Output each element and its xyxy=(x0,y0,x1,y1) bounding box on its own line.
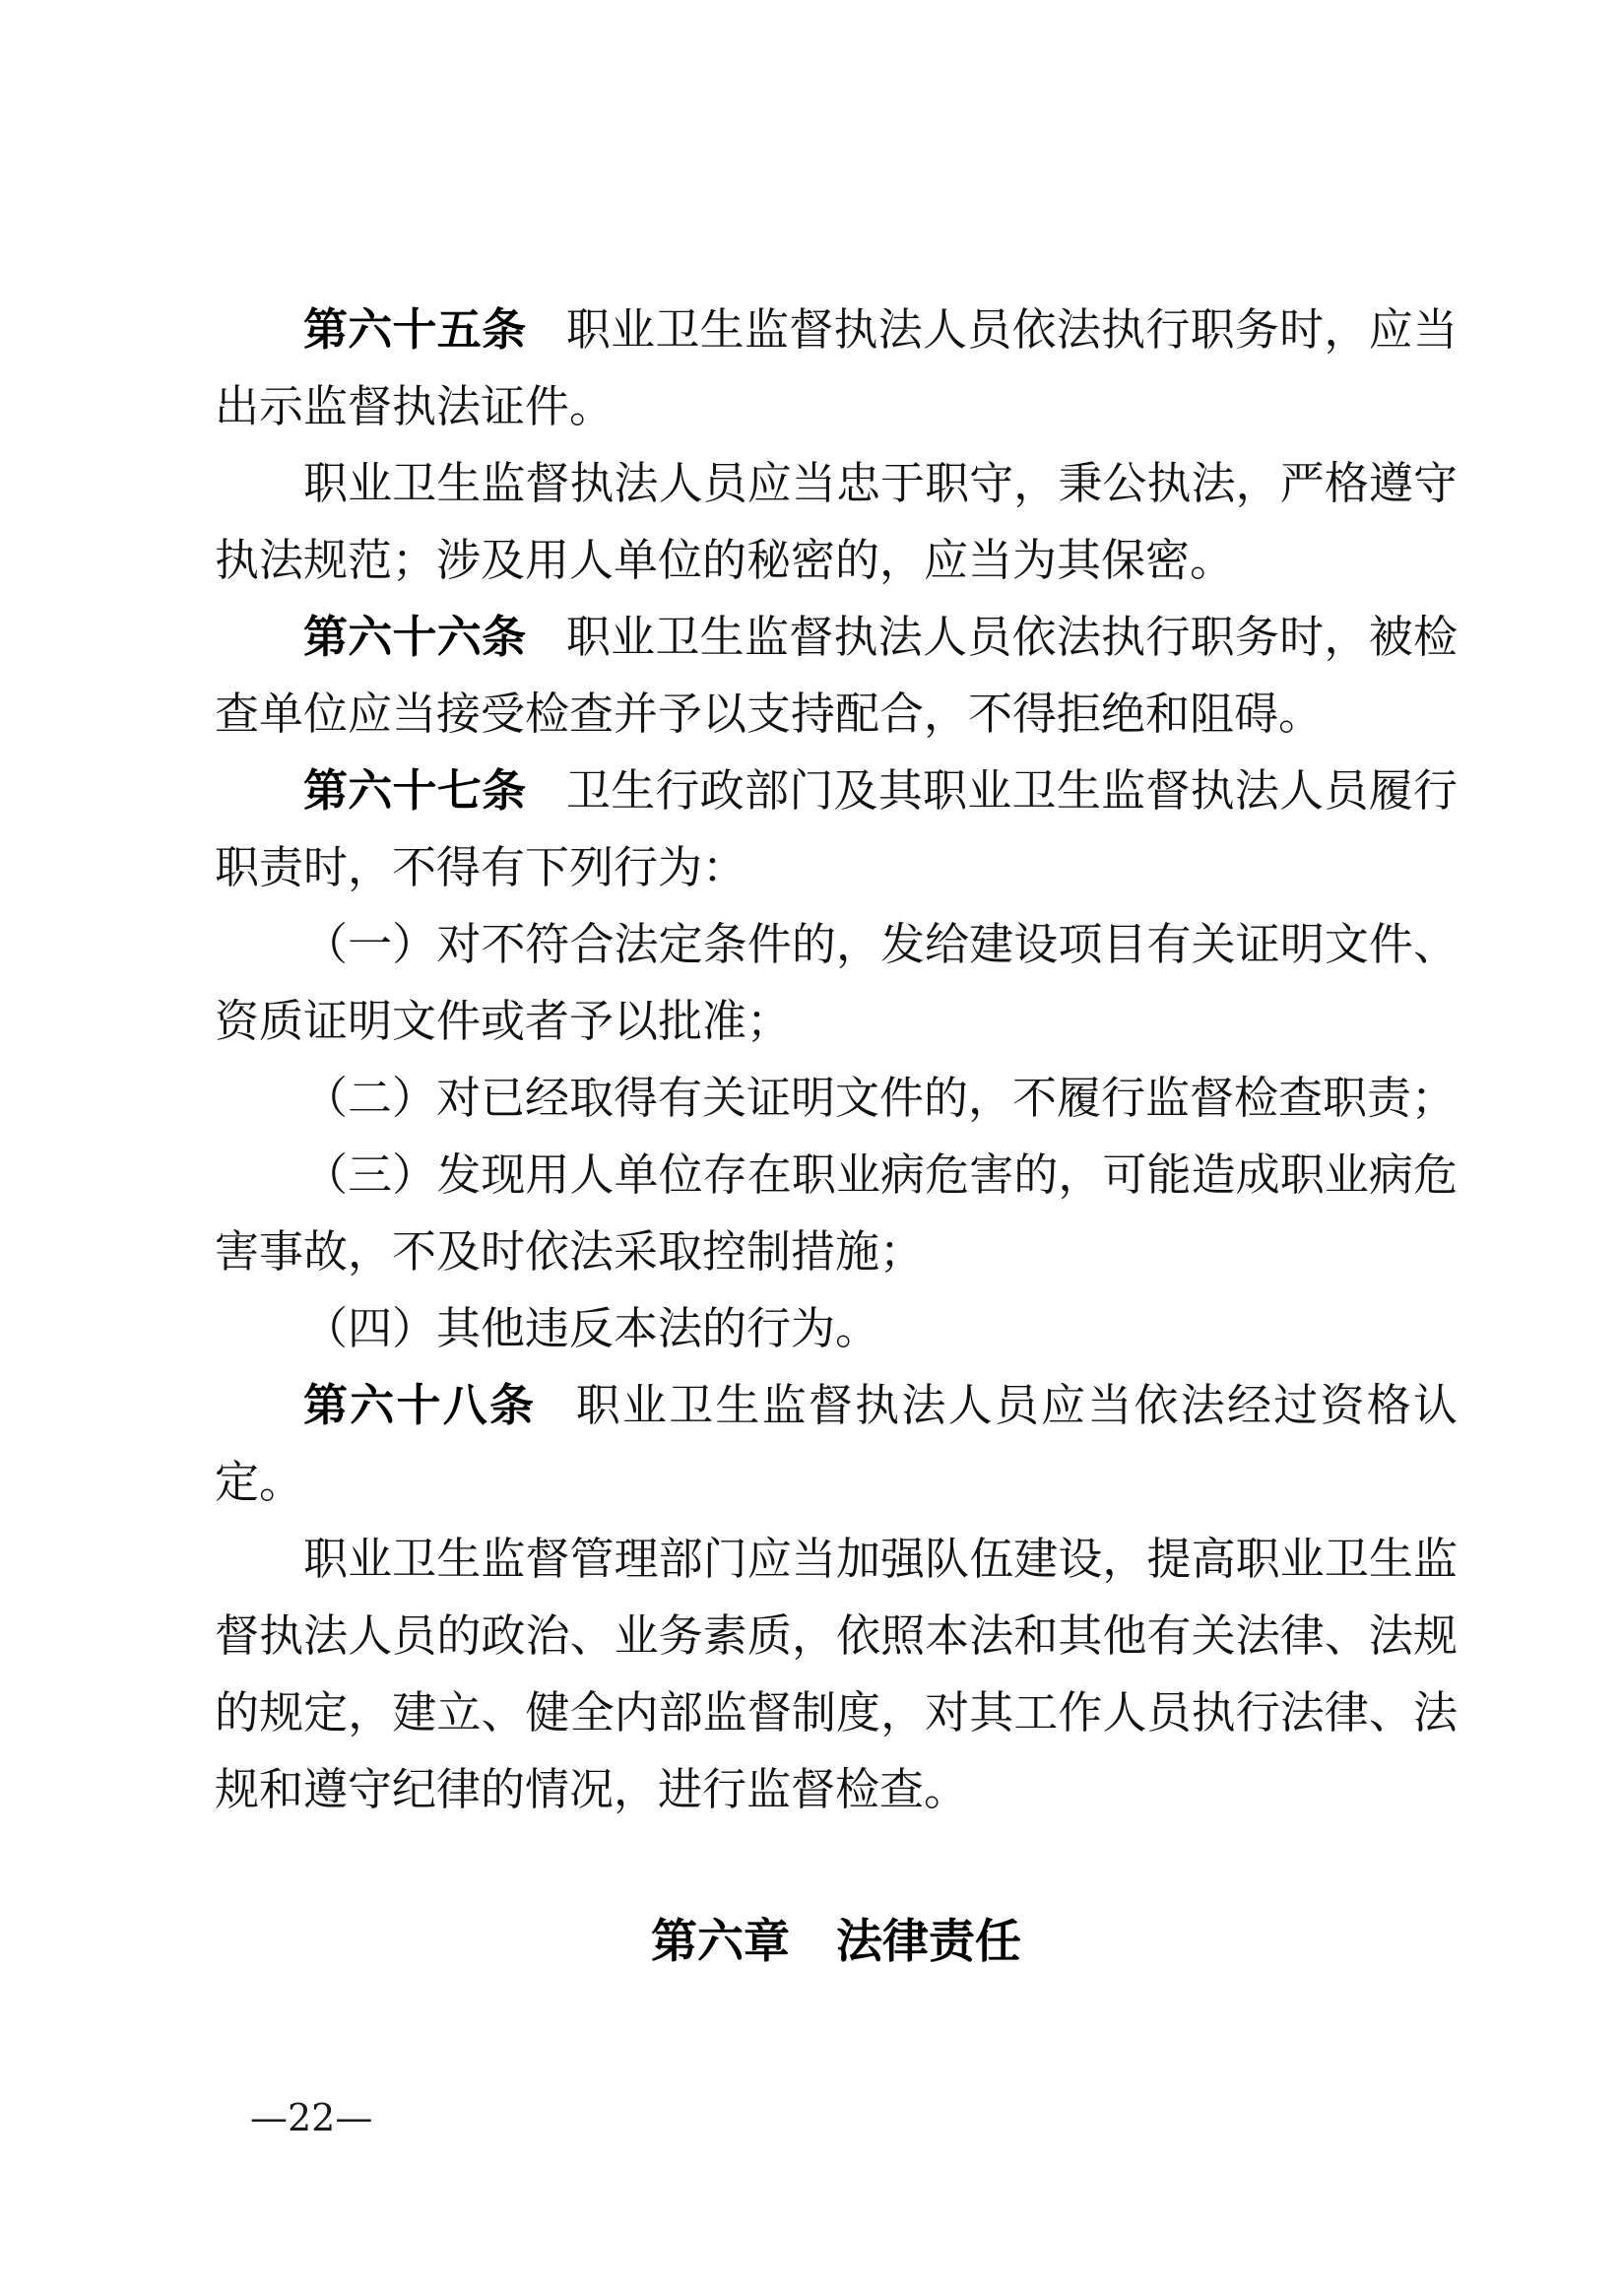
article-65-paragraph-2-text: 职业卫生监督执法人员应当忠于职守，秉公执法，严格遵守执法规范；涉及用人单位的秘密… xyxy=(215,459,1458,585)
page-number: —22— xyxy=(250,2096,372,2139)
article-67-number: 第六十七条 xyxy=(303,765,526,816)
article-68-paragraph-2-text: 职业卫生监督管理部门应当加强队伍建设，提高职业卫生监督执法人员的政治、业务素质，… xyxy=(215,1535,1458,1814)
article-67-item-1: （一）对不符合法定条件的，发给建设项目有关证明文件、资质证明文件或者予以批准； xyxy=(215,906,1458,1060)
article-66-paragraph: 第六十六条职业卫生监督执法人员依法执行职务时，被检查单位应当接受检查并予以支持配… xyxy=(215,599,1458,753)
article-67-item-2-text: （二）对已经取得有关证明文件的，不履行监督检查职责； xyxy=(303,1074,1456,1123)
article-65-paragraph-2: 职业卫生监督执法人员应当忠于职守，秉公执法，严格遵守执法规范；涉及用人单位的秘密… xyxy=(215,445,1458,599)
document-page: 第六十五条职业卫生监督执法人员依法执行职务时，应当出示监督执法证件。 职业卫生监… xyxy=(0,0,1621,2296)
article-68-number: 第六十八条 xyxy=(303,1380,536,1430)
article-67-item-1-text: （一）对不符合法定条件的，发给建设项目有关证明文件、资质证明文件或者予以批准； xyxy=(215,920,1458,1046)
article-65-paragraph-1: 第六十五条职业卫生监督执法人员依法执行职务时，应当出示监督执法证件。 xyxy=(215,292,1458,445)
article-68-paragraph-2: 职业卫生监督管理部门应当加强队伍建设，提高职业卫生监督执法人员的政治、业务素质，… xyxy=(215,1521,1458,1828)
article-65-number: 第六十五条 xyxy=(303,304,526,355)
article-67-paragraph: 第六十七条卫生行政部门及其职业卫生监督执法人员履行职责时，不得有下列行为： xyxy=(215,753,1458,906)
article-67-item-2: （二）对已经取得有关证明文件的，不履行监督检查职责； xyxy=(215,1060,1458,1137)
article-67-item-4-text: （四）其他违反本法的行为。 xyxy=(303,1304,879,1353)
article-67-item-4: （四）其他违反本法的行为。 xyxy=(215,1290,1458,1367)
article-67-item-3: （三）发现用人单位存在职业病危害的，可能造成职业病危害事故，不及时依法采取控制措… xyxy=(215,1137,1458,1290)
article-68-paragraph-1: 第六十八条职业卫生监督执法人员应当依法经过资格认定。 xyxy=(215,1367,1458,1521)
document-body: 第六十五条职业卫生监督执法人员依法执行职务时，应当出示监督执法证件。 职业卫生监… xyxy=(215,292,1458,1980)
article-66-number: 第六十六条 xyxy=(303,612,526,662)
chapter-6-heading: 第六章 法律责任 xyxy=(215,1903,1458,1980)
article-67-item-3-text: （三）发现用人单位存在职业病危害的，可能造成职业病危害事故，不及时依法采取控制措… xyxy=(215,1150,1458,1277)
